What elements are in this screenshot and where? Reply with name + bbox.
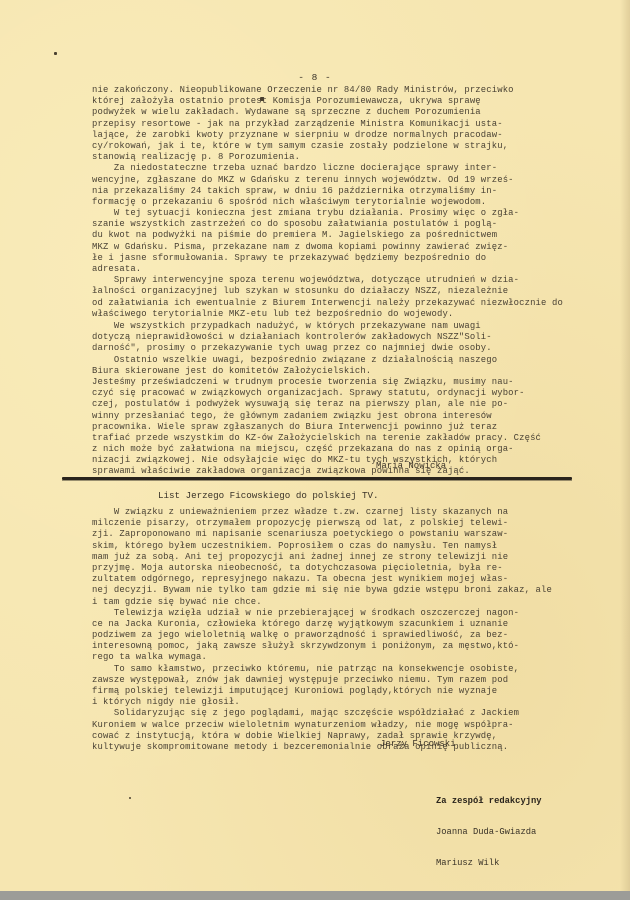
text-line: Za niedostateczne trzeba uznać bardzo li… <box>92 163 532 174</box>
text-line: zawsze występował, znów jak dawniej wyst… <box>92 675 532 686</box>
text-line: podziwem za jego wieloletnią walkę o pra… <box>92 630 532 641</box>
text-line: nie zakończony. Nieopublikowane Orzeczen… <box>92 85 532 96</box>
signature-jerzy-ficowski: Jerzy Ficowski <box>380 739 456 749</box>
text-line: darność", prosimy o przekazywanie tych u… <box>92 343 532 354</box>
text-line: nia przekazaliśmy 24 takich spraw, w dni… <box>92 186 532 197</box>
ink-speck <box>54 52 57 55</box>
text-line: od załatwiania ich ewentualnie z Biurem … <box>92 298 532 309</box>
text-line: przepisy resortowe - jak na przykład zar… <box>92 119 532 130</box>
text-line: formację o przekazaniu 6 spośród nich wł… <box>92 197 532 208</box>
text-line: trafiać przede wszystkim do KZ-ów Założy… <box>92 433 532 444</box>
text-line: nizacji związkowej. Nie odsyłajcie więc … <box>92 455 532 466</box>
editorial-heading: Za zespół redakcyjny <box>436 796 542 806</box>
text-line: i których nigdy nie głosił. <box>92 697 532 708</box>
page-number: - 8 - <box>0 72 630 83</box>
text-line: wencyjne, zgłaszane do MKZ w Gdańsku z t… <box>92 175 532 186</box>
signature-maria-nowicka: Maria Nowicka <box>376 461 446 471</box>
text-line: szanie wszystkich zastrzeżeń co do sposo… <box>92 219 532 230</box>
text-line: We wszystkich przypadkach nadużyć, w któ… <box>92 321 532 332</box>
text-line: czej, postulatów i podwyżek wysuwają się… <box>92 399 532 410</box>
text-line: adresata. <box>92 264 532 275</box>
text-line: winny przesłaniać tego, że głównym zadan… <box>92 411 532 422</box>
text-line: skim, którego byłem uczestnikiem. Popros… <box>92 541 532 552</box>
text-line: Jesteśmy przeświadczeni w trudnym proces… <box>92 377 532 388</box>
editorial-team-block: Za zespół redakcyjny Joanna Duda-Gwiazda… <box>436 775 542 879</box>
editor-name: Mariusz Wilk <box>436 858 542 868</box>
text-line: rego ta walka wymaga. <box>92 652 532 663</box>
text-line: sprawami właściwie zakładowa organizacja… <box>92 466 532 477</box>
text-line: firmą polskiej telewizji imputującej Kur… <box>92 686 532 697</box>
letter-body: W związku z unieważnieniem przez władze … <box>92 507 532 753</box>
letter-title: List Jerzego Ficowskiego do polskiej TV. <box>158 490 379 501</box>
text-line: To samo kłamstwo, przeciwko któremu, nie… <box>92 664 532 675</box>
text-line: du kwot na podwyżki na piśmie do premier… <box>92 230 532 241</box>
text-line: której założyła ostatnio protest Komisja… <box>92 96 532 107</box>
text-line: kultywuje skompromitowane metody i bezce… <box>92 742 532 753</box>
paper-edge-shadow <box>620 0 630 891</box>
text-line: zultatem odgórnego, represyjnego nakazu.… <box>92 574 532 585</box>
text-line: czyć się pracować w związkowych organiza… <box>92 388 532 399</box>
body-section-union-advice: We wszystkich przypadkach nadużyć, w któ… <box>92 321 532 478</box>
text-line: dotyczą nieprawidłowości w działaniach k… <box>92 332 532 343</box>
text-line: łalności organizacyjnej lub szykan w sto… <box>92 286 532 297</box>
body-section-intervention: nie zakończony. Nieopublikowane Orzeczen… <box>92 85 532 320</box>
text-line: pracownika. Wiele spraw zgłaszanych do B… <box>92 422 532 433</box>
text-line: podwyżek w wielu zakładach. Wydawane są … <box>92 107 532 118</box>
text-line: Biura skierowane jest do komitetów Założ… <box>92 366 532 377</box>
text-line: z nich może być załatwiona na miejscu, c… <box>92 444 532 455</box>
text-line: stanowią realizację p. 8 Porozumienia. <box>92 152 532 163</box>
text-line: i tam gdzie się bywać nie chce. <box>92 597 532 608</box>
text-line: Ostatnio wszelkie uwagi, bezpośrednio zw… <box>92 355 532 366</box>
scanner-bed-strip <box>0 891 630 900</box>
text-line: Telewizja wzięła udział w nie przebieraj… <box>92 608 532 619</box>
text-line: milczenie pisarzy, otrzymałem propozycję… <box>92 518 532 529</box>
text-line: właściwego terytorialnie MKZ-etu lub też… <box>92 309 532 320</box>
text-line: MKZ w Gdańsku. Pisma, przekazane nam z d… <box>92 242 532 253</box>
text-line: mam już za sobą. Ani tej propozycji ani … <box>92 552 532 563</box>
editor-name: Joanna Duda-Gwiazda <box>436 827 542 837</box>
text-line: zji. Zaproponowano mi napisanie scenariu… <box>92 529 532 540</box>
text-line: Solidaryzując się z jego poglądami, mają… <box>92 708 532 719</box>
text-line: łe i jasne sformułowania. Sprawy te prze… <box>92 253 532 264</box>
text-line: cować z instytucją, która w dobie Wielki… <box>92 731 532 742</box>
text-line: cy/rokowań, jak i te, które w tym samym … <box>92 141 532 152</box>
text-line: nej decyzji. Bywam nie tylko tam gdzie m… <box>92 585 532 596</box>
ink-speck <box>129 797 131 799</box>
text-line: przyjmę. Moja autorska nieobecność, ta d… <box>92 563 532 574</box>
text-line: lające, że zarobki kwoty przyznane w sie… <box>92 130 532 141</box>
text-line: interesowną pomoc, jaką zawsze służył sk… <box>92 641 532 652</box>
text-line: ce na Jacka Kuronia, człowieka którego d… <box>92 619 532 630</box>
text-line: W tej sytuacji konieczna jest zmiana try… <box>92 208 532 219</box>
text-line: Sprawy interwencyjne spoza terenu wojewó… <box>92 275 532 286</box>
text-line: Kuroniem w walce przeciw wieloletnim wyn… <box>92 720 532 731</box>
section-divider-shadow <box>62 480 572 481</box>
text-line: W związku z unieważnieniem przez władze … <box>92 507 532 518</box>
